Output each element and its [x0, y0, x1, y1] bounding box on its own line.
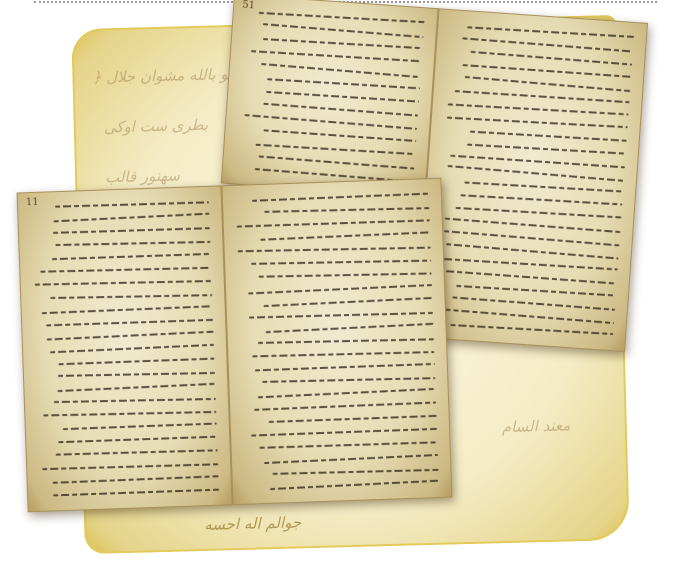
handwritten-line	[261, 232, 431, 242]
handwritten-line	[261, 63, 421, 78]
manuscript-page	[415, 8, 648, 352]
handwritten-line	[453, 296, 615, 310]
handwritten-line	[63, 423, 217, 431]
handwritten-line	[58, 372, 215, 377]
handwritten-line	[267, 78, 420, 89]
handwritten-line	[263, 103, 418, 117]
handwritten-line	[52, 253, 211, 260]
handwritten-line	[249, 312, 433, 319]
handwritten-line	[255, 363, 435, 372]
handwritten-line	[438, 270, 617, 285]
handwritten-line	[43, 411, 216, 416]
handwritten-line	[264, 297, 433, 307]
handwritten-line	[53, 475, 219, 484]
handwritten-line	[237, 219, 430, 227]
handwritten-line	[54, 213, 210, 223]
handwritten-line	[448, 103, 628, 115]
handwritten-line	[264, 207, 429, 213]
manuscript-page: 11	[17, 185, 233, 512]
handwritten-line	[254, 402, 436, 411]
handwritten-line	[265, 323, 433, 333]
handwritten-line	[455, 90, 630, 103]
handwritten-line	[46, 319, 213, 326]
handwritten-line	[448, 165, 624, 182]
handwritten-line	[456, 207, 622, 219]
handwritten-line	[56, 450, 218, 456]
handwritten-line	[41, 305, 212, 314]
handwritten-line	[436, 258, 618, 271]
handwritten-line	[58, 436, 217, 444]
handwritten-line	[55, 201, 209, 207]
handwritten-line	[470, 51, 632, 66]
handwritten-line	[42, 463, 218, 470]
handwritten-line	[263, 130, 416, 143]
handwritten-line	[260, 442, 438, 449]
handwritten-line	[50, 294, 212, 299]
manuscript-page: 51	[221, 0, 439, 198]
handwritten-line	[264, 454, 438, 464]
handwritten-line	[463, 37, 634, 52]
handwritten-line	[464, 182, 623, 193]
handwritten-line	[467, 143, 626, 154]
handwritten-line	[445, 218, 621, 234]
handwritten-line	[245, 114, 417, 130]
faded-handwriting: ﴿ ﺑﻮ ﺑﺎﻟﻠﻪ ﻣﺸﻮﺍﻥ ﺟﻼﻝ ﴾	[92, 65, 246, 87]
handwritten-line	[251, 428, 437, 437]
handwritten-line	[50, 344, 214, 353]
handwritten-line	[238, 247, 431, 253]
handwritten-text	[30, 201, 219, 497]
handwritten-line	[451, 154, 625, 168]
handwritten-line	[40, 267, 211, 273]
faded-handwriting: ﺑﻄﺮﯼ ﺳﺖ ﺍﻭﮐﯽ	[104, 116, 209, 137]
handwritten-line	[461, 195, 623, 206]
handwritten-line	[258, 338, 434, 344]
handwritten-line	[57, 383, 215, 392]
handwritten-line	[447, 116, 627, 128]
handwritten-line	[263, 23, 424, 38]
handwritten-line	[47, 330, 214, 340]
handwritten-line	[258, 388, 436, 398]
handwritten-line	[56, 241, 211, 246]
handwritten-line	[259, 12, 425, 23]
handwritten-line	[470, 130, 627, 141]
handwritten-line	[468, 26, 634, 38]
handwritten-line	[251, 260, 431, 265]
handwritten-text	[430, 24, 634, 336]
handwritten-line	[263, 38, 423, 49]
handwritten-line	[53, 488, 219, 496]
handwritten-line	[54, 398, 216, 403]
handwritten-line	[268, 415, 436, 423]
handwritten-line	[53, 227, 210, 234]
manuscript-book-bottom: 11	[17, 178, 453, 513]
faded-handwriting: ﺳﻬﻨﻮﺭ ﻗﺎﻟﺐ	[105, 166, 180, 186]
handwritten-line	[456, 285, 616, 297]
faded-handwriting: ﺟﻮﺍﻟﻢ ﺍﻟﻪ ﺍﺣﺴﻪ	[204, 513, 301, 534]
handwritten-line	[259, 273, 432, 278]
handwritten-text	[235, 193, 439, 490]
handwritten-line	[446, 243, 619, 259]
handwritten-line	[273, 469, 439, 475]
handwritten-line	[266, 91, 419, 103]
handwritten-line	[58, 358, 214, 366]
handwritten-line	[256, 143, 416, 154]
handwritten-line	[465, 76, 630, 92]
handwritten-line	[252, 193, 429, 202]
handwritten-line	[463, 64, 632, 78]
handwritten-line	[435, 308, 614, 324]
handwritten-line	[251, 51, 422, 63]
manuscript-page	[221, 178, 452, 505]
handwritten-line	[259, 155, 415, 169]
handwritten-text	[235, 10, 425, 182]
handwritten-line	[262, 377, 435, 383]
handwritten-line	[451, 324, 613, 335]
handwritten-line	[253, 351, 435, 357]
faded-handwriting: ﻣﻌﻨﺪ ﺍﻟﺴﺎﻡ	[502, 416, 571, 436]
handwritten-line	[34, 280, 211, 286]
handwritten-line	[248, 284, 432, 294]
handwritten-line	[270, 479, 439, 489]
